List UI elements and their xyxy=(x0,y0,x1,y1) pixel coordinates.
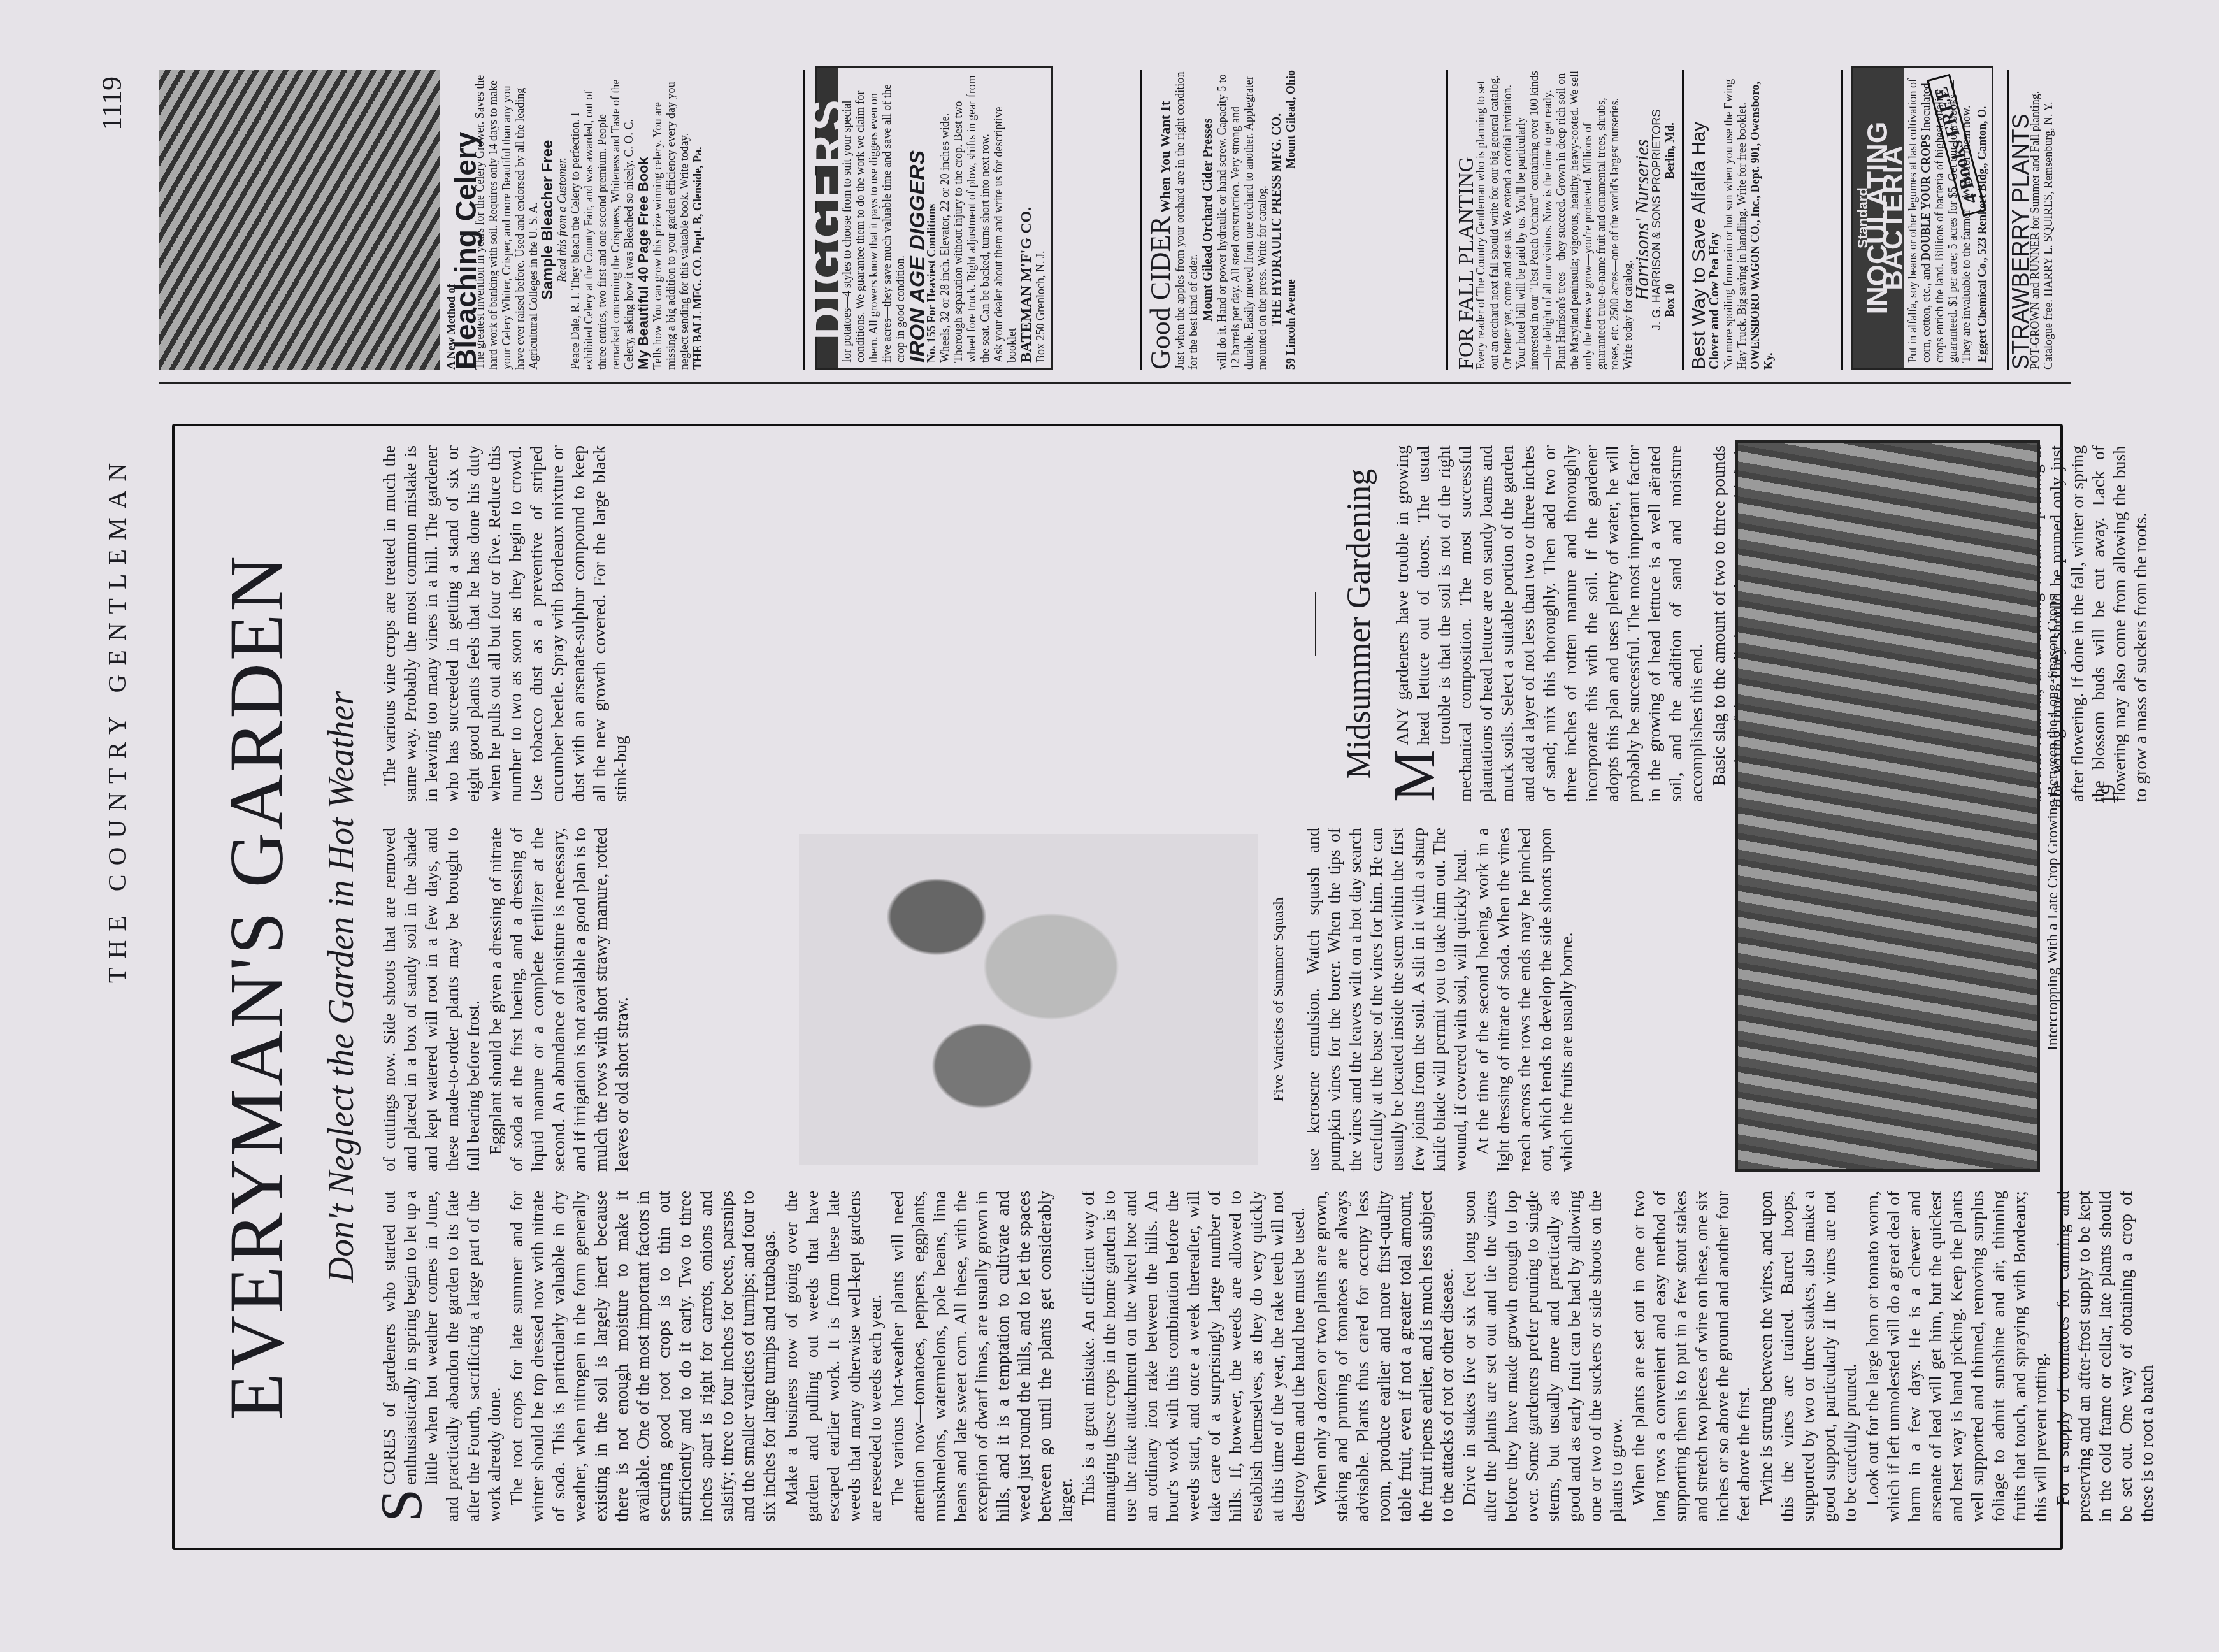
divider xyxy=(1682,70,1684,370)
ad-subheading: My Beautiful 40 Page Free Book xyxy=(636,70,651,370)
ad-address: Box 250 Grenloch, N. J. xyxy=(1034,68,1051,368)
paragraph: use kerosene emulsion. Watch squash and … xyxy=(1302,828,1470,1172)
photo-caption: Intercropping With a Late Crop Growing B… xyxy=(2044,595,2062,1051)
ad-signature: THE BALL MFG. CO. Dept. B, Glenside, Pa. xyxy=(691,70,705,370)
squash-caption: Five Varieties of Summer Squash xyxy=(1270,897,1288,1102)
paragraph: For a supply of tomatoes for canning and… xyxy=(2052,1191,2157,1522)
ad-company: BATEMAN M'F'G CO. xyxy=(1019,68,1034,368)
celery-field-photo xyxy=(159,70,440,370)
ad-alfalfa-hay: Best Way to Save Alfalfa Hay Clover and … xyxy=(1691,70,1776,370)
ad-good-cider: Good CIDER When You Want It Just when th… xyxy=(1153,70,1298,370)
divider xyxy=(1841,70,1843,370)
ad-proprietors: J. G. HARRISON & SONS PROPRIETORS xyxy=(1650,70,1663,370)
ad-body: for potatoes—4 styles to choose from to … xyxy=(838,68,910,368)
paragraph: When only a dozen or two plants are grow… xyxy=(1310,1191,1457,1522)
article-subtitle: Don't Neglect the Garden in Hot Weather xyxy=(321,426,362,1548)
ad-subheading: Sample Bleacher Free xyxy=(540,70,556,370)
paragraph: The root crops for late summer and for w… xyxy=(506,1191,779,1522)
paragraph: At the time of the second hoeing, work i… xyxy=(1472,828,1577,1172)
paragraph: The various vine crops are treated in mu… xyxy=(378,445,631,802)
magazine-page: THE COUNTRY GENTLEMAN 1119 EVERYMAN'S GA… xyxy=(0,0,2219,1652)
paragraph: SCORES of gardeners who started out enth… xyxy=(378,1191,505,1522)
ad-model: No. 155 For Heaviest Conditions xyxy=(925,68,938,368)
ad-address: 59 Lincoln AvenueMount Gilead, Ohio xyxy=(1284,70,1298,370)
ad-body: No more spoiling from rain or hot sun wh… xyxy=(1722,70,1749,370)
ad-body: Every reader of The Country Gentleman wh… xyxy=(1474,70,1635,370)
ad-headline: Bleaching Celery xyxy=(458,70,473,370)
ad-diggers: DIGGERS for potatoes—4 styles to choose … xyxy=(815,66,1053,370)
ad-strawberry-plants: STRAWBERRY PLANTS POT-GROWN and RUNNER f… xyxy=(2013,70,2055,370)
paragraph: Eggplant should be given a dressing of n… xyxy=(485,828,632,1172)
divider xyxy=(1140,70,1142,370)
ad-headline: FOR FALL PLANTING xyxy=(1459,70,1474,370)
paragraph: MANY gardeners have trouble in growing h… xyxy=(1391,445,1707,802)
ad-body: POT-GROWN and RUNNER for Summer and Fall… xyxy=(2029,70,2055,370)
advertisement-column: A New Method of Bleaching Celery The gre… xyxy=(159,64,2071,384)
squash-photo xyxy=(799,834,1258,1165)
divider xyxy=(1446,70,1448,370)
ad-headline-secondary: When You Want It xyxy=(1157,101,1173,213)
paragraph: Drive in stakes five or six feet long so… xyxy=(1458,1191,1627,1522)
ad-signature: Eggert Chemical Co., 523 Renkert Bldg., … xyxy=(1976,68,1992,368)
ad-harrisons-nurseries: FOR FALL PLANTING Every reader of The Co… xyxy=(1459,70,1677,370)
ad-details: will do it. Hand or power hydraulic or h… xyxy=(1216,70,1269,370)
article-title: EVERYMAN'S GARDEN xyxy=(213,426,301,1548)
ad-address: Box 10Berlin, Md. xyxy=(1663,70,1677,370)
article-column-3: The various vine crops are treated in mu… xyxy=(378,445,632,802)
ad-banner: DIGGERS xyxy=(817,68,838,368)
paragraph: The various hot-weather plants will need… xyxy=(887,1191,1076,1522)
article-column-2b: use kerosene emulsion. Watch squash and … xyxy=(1302,828,1578,1172)
paragraph: of cuttings now. Side shoots that are re… xyxy=(378,828,484,1172)
intercropping-photo xyxy=(1735,440,2040,1172)
ad-cta: Ask your dealer about them and write us … xyxy=(992,68,1019,368)
ad-headline: Good CIDER xyxy=(1145,216,1176,370)
ad-signature: OWENSBORO WAGON CO., Inc., Dept. 901, Ow… xyxy=(1749,70,1776,370)
ad-specs: Wheels, 32 or 28 inch. Elevator, 22 or 2… xyxy=(938,68,992,368)
article-column-1: SCORES of gardeners who started out enth… xyxy=(378,1191,2158,1522)
ad-body: Tells how You can grow this prize winnin… xyxy=(651,70,691,370)
drop-cap: M xyxy=(1391,749,1437,802)
ad-headline: STRAWBERRY PLANTS xyxy=(2013,70,2029,370)
paragraph: This is a great mistake. An efficient wa… xyxy=(1077,1191,1309,1522)
page-number: 1119 xyxy=(96,76,128,131)
ad-product: Mount Gilead Orchard Cider Presses xyxy=(1200,70,1216,370)
running-head: THE COUNTRY GENTLEMAN xyxy=(102,454,132,983)
drop-cap: S xyxy=(378,1489,424,1522)
paragraph: Look out for the large horn or tomato wo… xyxy=(1862,1191,2051,1522)
article-box: EVERYMAN'S GARDEN Don't Neglect the Gard… xyxy=(172,424,2063,1550)
ad-banner: StandardINOCULATING BACTERIA xyxy=(1853,68,1904,368)
ad-bleaching-celery: A New Method of Bleaching Celery The gre… xyxy=(159,70,705,370)
ad-brand: Harrisons' Nurseries xyxy=(1635,70,1650,370)
ad-testimonial: Peace Dale, R. I. They bleach the Celery… xyxy=(569,70,636,370)
article-column-2: of cuttings now. Side shoots that are re… xyxy=(378,828,633,1172)
paragraph: Twine is strung between the wires, and u… xyxy=(1755,1191,1860,1522)
ad-inoculating-bacteria: StandardINOCULATING BACTERIA Put in alfa… xyxy=(1851,66,1993,370)
folio: 19 xyxy=(2096,784,2120,805)
ad-testimonial-intro: Read this from a Customer. xyxy=(556,70,569,370)
ad-brand: IRON AGE DIGGERS xyxy=(910,68,925,368)
divider xyxy=(1315,592,1316,656)
ad-headline: Best Way to Save Alfalfa Hay xyxy=(1691,70,1707,370)
paragraph: When the plants are set out in one or tw… xyxy=(1628,1191,1754,1522)
paragraph: Make a business now of going over the ga… xyxy=(780,1191,886,1522)
ad-company: THE HYDRAULIC PRESS MFG. CO. xyxy=(1269,70,1284,370)
ad-body: The greatest invention in years for the … xyxy=(473,70,540,370)
section-heading: Midsummer Gardening xyxy=(1340,452,1378,796)
ad-body: Just when the apples from your orchard a… xyxy=(1174,70,1200,370)
